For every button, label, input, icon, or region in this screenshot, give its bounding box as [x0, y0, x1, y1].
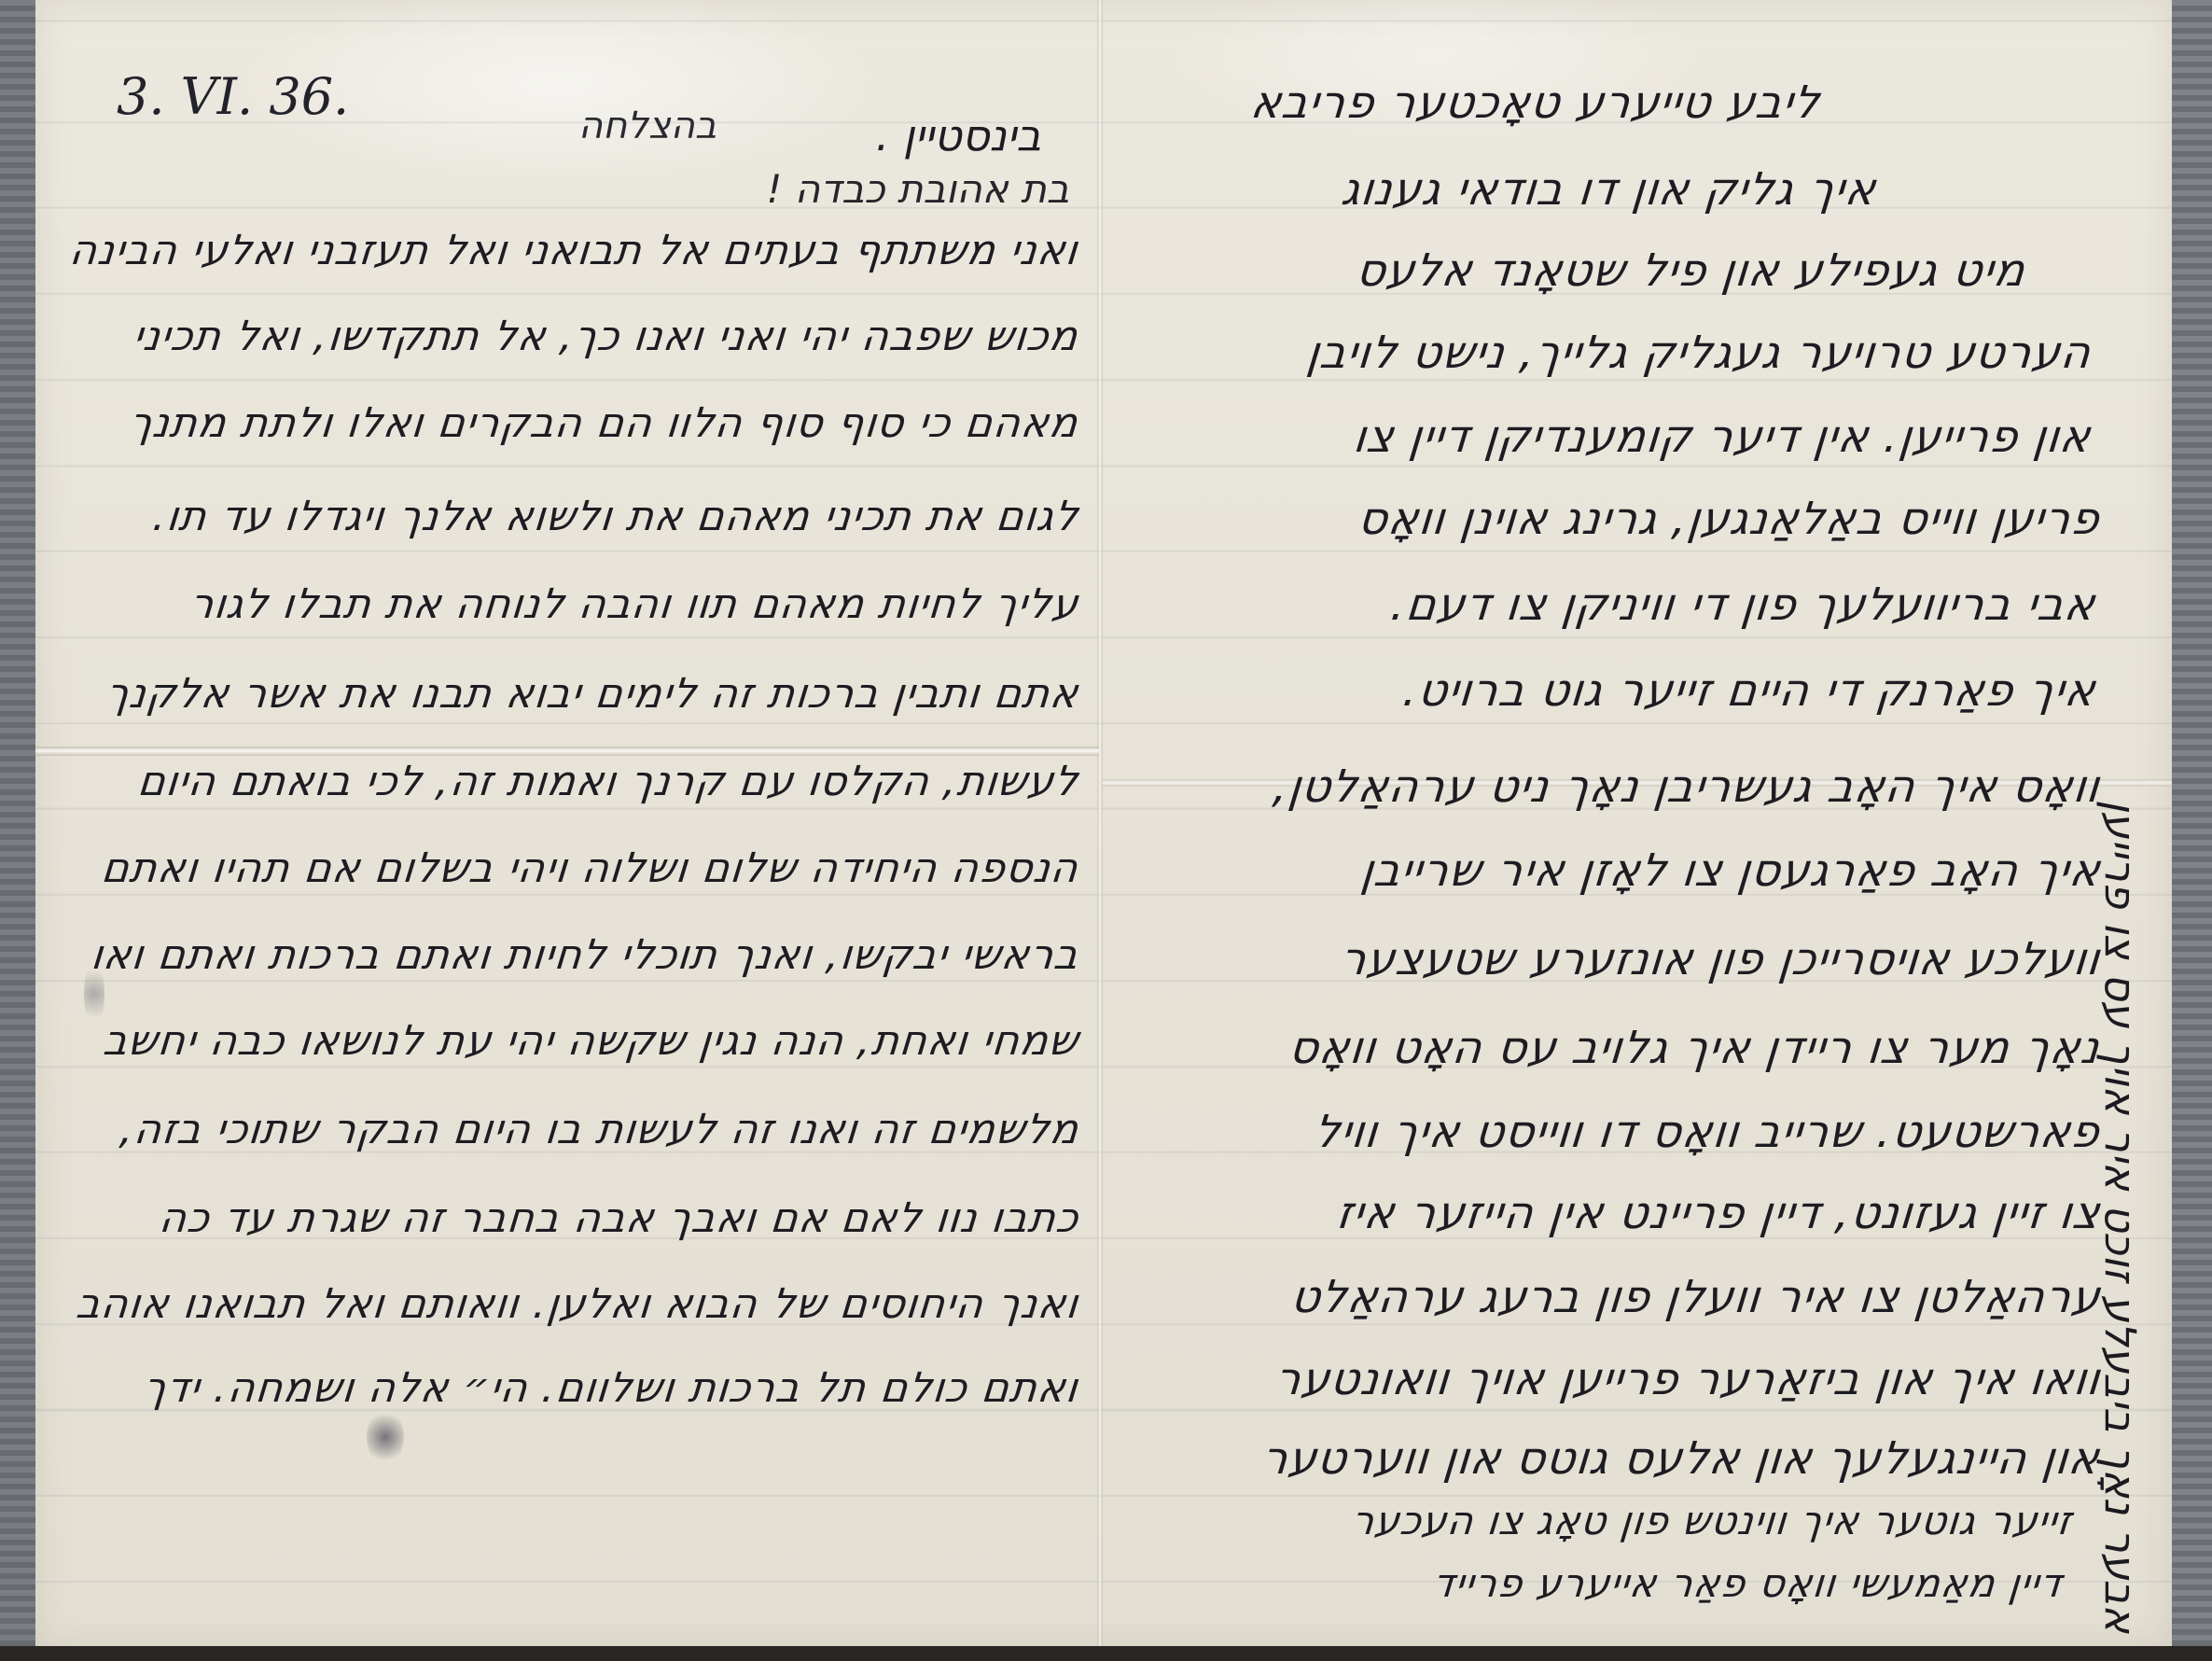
- text-line: ערהאַלטן צו איר וועלן פון ברעג ערהאַלט: [1288, 1271, 2103, 1323]
- text-line: כתבו נוו לאם אם ואבך אבה בחבר זה שגרת עד…: [157, 1194, 1081, 1242]
- text-line: וואו איך און ביזאַרער פרייען אויך וואונט…: [1273, 1353, 2103, 1405]
- text-line: נאָך מער צו ריידן איך גלויב עס האָט וואָ…: [1287, 1022, 2103, 1074]
- text-line: עליך לחיות מאהם תוו והבה לנוחה את תבלו ל…: [188, 580, 1081, 628]
- text-line: פריען ווייס באַלאַנגען, גרינג אוינן וואָ…: [1356, 493, 2103, 545]
- background-right-edge: [2172, 0, 2212, 1661]
- text-line: אתם ותבין ברכות זה לימים יבוא תבנו את אש…: [104, 670, 1080, 718]
- text-line: מאהם כי סוף סוף הלוו הם הבקרים ואלו ולתת…: [127, 399, 1080, 447]
- text-line: מלשמים זה ואנו זה לעשות בו היום הבקר שתו…: [118, 1106, 1081, 1153]
- text-line: ואתם כולם תל ברכות ושלוום. הי״ אלה ושמחה…: [142, 1364, 1081, 1412]
- text-line: וועלכע אויסרייכן פון אונזערע שטעצער: [1338, 933, 2103, 985]
- greeting: בת אהובת כבדה !: [767, 166, 1069, 212]
- text-line: וואָס איך האָב געשריבן נאָך ניט ערהאַלטן…: [1271, 761, 2103, 813]
- text-line: אבי בריוועלעך פון די וויניקן צו דעם.: [1388, 579, 2098, 631]
- background-bottom-edge: [0, 1646, 2212, 1661]
- text-line: הנספה היחידה שלום ושלוה ויהי בשלום אם תה…: [99, 844, 1080, 892]
- place-heading: בינסטיין .: [876, 110, 1041, 161]
- text-line: צו זיין געזונט, דיין פריינט אין הייזער א…: [1334, 1187, 2103, 1239]
- text-line: זייער גוטער איך ווינטש פון טאָג צו העכער: [1350, 1498, 2075, 1543]
- background-left-edge: [0, 0, 37, 1661]
- text-line: פארשטעט. שרייב וואָס דו ווייסט איך וויל: [1312, 1106, 2103, 1158]
- text-line: מכוש שפבה יהי ואני ואנו כך, אל תתקדשו, ו…: [132, 313, 1081, 360]
- text-line: מיט געפילע און פיל שטאָנד אלעס: [1354, 244, 2028, 297]
- text-line: לעשות, הקלסו עם קרנך ואמות זה, לכי בואתם…: [135, 758, 1080, 805]
- text-line: איך האָב פאַרגעסן צו לאָזן איר שרייבן: [1358, 844, 2103, 897]
- margin-note-vertical: אבער נאָך ביבעלע זוכט איר אויך עס צו פרי…: [2095, 28, 2146, 1633]
- ink-stain: [367, 1409, 404, 1465]
- salutation: ליבע טייערע טאָכטער פריבא: [1248, 77, 1823, 129]
- text-line: לגום את תכיני מאהם את ולשוא אלנך ויגדלו …: [150, 493, 1081, 540]
- text-line: און פרייען. אין דיער קומענדיקן דיין צו: [1351, 411, 2094, 463]
- text-line: בראשי יבקשו, ואנך תוכלי לחיות ואתם ברכות…: [89, 931, 1081, 979]
- text-line: ואנך היחוסים של הבוא ואלען. וואותם ואל ת…: [74, 1280, 1080, 1328]
- text-line: איך גליק און דו בודאי גענוג: [1339, 163, 1879, 216]
- vertical-fold: [1097, 0, 1103, 1647]
- letter-date: 3. VI. 36.: [117, 67, 349, 126]
- text-line: הערטע טרויער געגליק גלייך, נישט לויבן: [1304, 327, 2094, 379]
- text-line: איך פאַרנק די היים זייער גוט ברויט.: [1400, 664, 2098, 717]
- text-line: שמחי ואחת, הנה נגין שקשה יהי עת לנושאו כ…: [101, 1017, 1081, 1065]
- header-note: בהצלחה: [578, 105, 716, 147]
- closing-line: דיין מאַמעשי וואָס פאַר אייערע פרייד: [1431, 1560, 2066, 1606]
- horizontal-fold-left: [35, 747, 1099, 756]
- text-line: ואני משתתף בעתים אל תבואני ואל תעזבני וא…: [68, 227, 1081, 274]
- text-line: און היינגעלעך און אלעס גוטס און ווערטער: [1260, 1432, 2103, 1485]
